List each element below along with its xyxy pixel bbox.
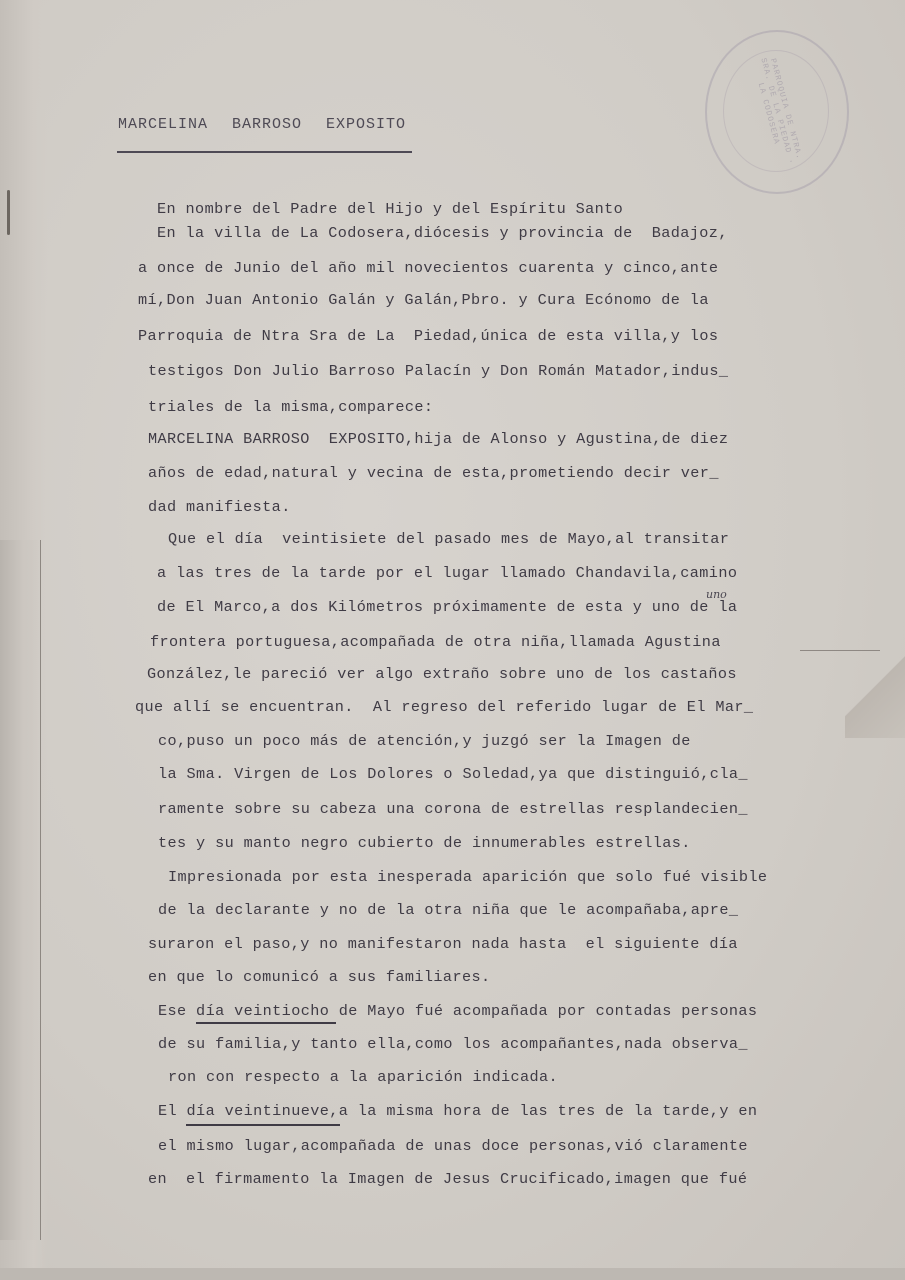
text-line: a las tres de la tarde por el lugar llam… [157,564,737,582]
text-line: ramente sobre su cabeza una corona de es… [158,800,748,818]
underline-veintiocho [196,1022,336,1024]
page-tear [0,540,41,1240]
text-line: frontera portuguesa,acompañada de otra n… [150,633,721,651]
text-line: dad manifiesta. [148,498,291,516]
text-line: testigos Don Julio Barroso Palacín y Don… [148,362,728,380]
text-line: de la declarante y no de la otra niña qu… [158,901,738,919]
text-line: el mismo lugar,acompañada de unas doce p… [158,1137,748,1155]
text-line: mí,Don Juan Antonio Galán y Galán,Pbro. … [138,291,709,309]
parish-stamp: PARROQUIA DE NTRA. SRA. DE LA PIEDAD · L… [705,30,849,194]
text-line: que allí se encuentran. Al regreso del r… [135,698,753,716]
text-line: la Sma. Virgen de Los Dolores o Soledad,… [158,765,748,783]
text-line: Impresionada por esta inesperada aparici… [168,868,767,886]
handwritten-correction: uno [706,588,727,601]
document-title: MARCELINA BARROSO EXPOSITO [118,116,406,133]
text-line: Parroquia de Ntra Sra de La Piedad,única… [138,327,718,345]
text-line: Ese día veintiocho de Mayo fué acompañad… [158,1002,757,1020]
text-line: en el firmamento la Imagen de Jesus Cruc… [148,1170,747,1188]
text-line: en que lo comunicó a sus familiares. [148,968,491,986]
text-line: a once de Junio del año mil novecientos … [138,259,718,277]
text-line: co,puso un poco más de atención,y juzgó … [158,732,691,750]
text-line: años de edad,natural y vecina de esta,pr… [148,464,719,482]
margin-mark [7,190,10,235]
page-bottom-edge [0,1268,905,1280]
text-line: triales de la misma,comparece: [148,398,433,416]
text-line: tes y su manto negro cubierto de innumer… [158,834,691,852]
text-line: de su familia,y tanto ella,como los acom… [158,1035,748,1053]
title-underline [117,151,412,153]
text-line: MARCELINA BARROSO EXPOSITO,hija de Alons… [148,430,728,448]
text-line: suraron el paso,y no manifestaron nada h… [148,935,738,953]
page-corner-fold [845,648,905,738]
text-line: González,le pareció ver algo extraño sob… [147,665,737,683]
text-line: En la villa de La Codosera,diócesis y pr… [157,224,728,242]
document-page: PARROQUIA DE NTRA. SRA. DE LA PIEDAD · L… [0,0,905,1280]
text-line: ron con respecto a la aparición indicada… [168,1068,558,1086]
text-line: de El Marco,a dos Kilómetros próximament… [157,598,737,616]
text-line: En nombre del Padre del Hijo y del Espír… [157,200,623,218]
underline-veintinueve [186,1124,340,1126]
text-line: Que el día veintisiete del pasado mes de… [168,530,729,548]
text-line: El día veintinueve,a la misma hora de la… [158,1102,757,1120]
